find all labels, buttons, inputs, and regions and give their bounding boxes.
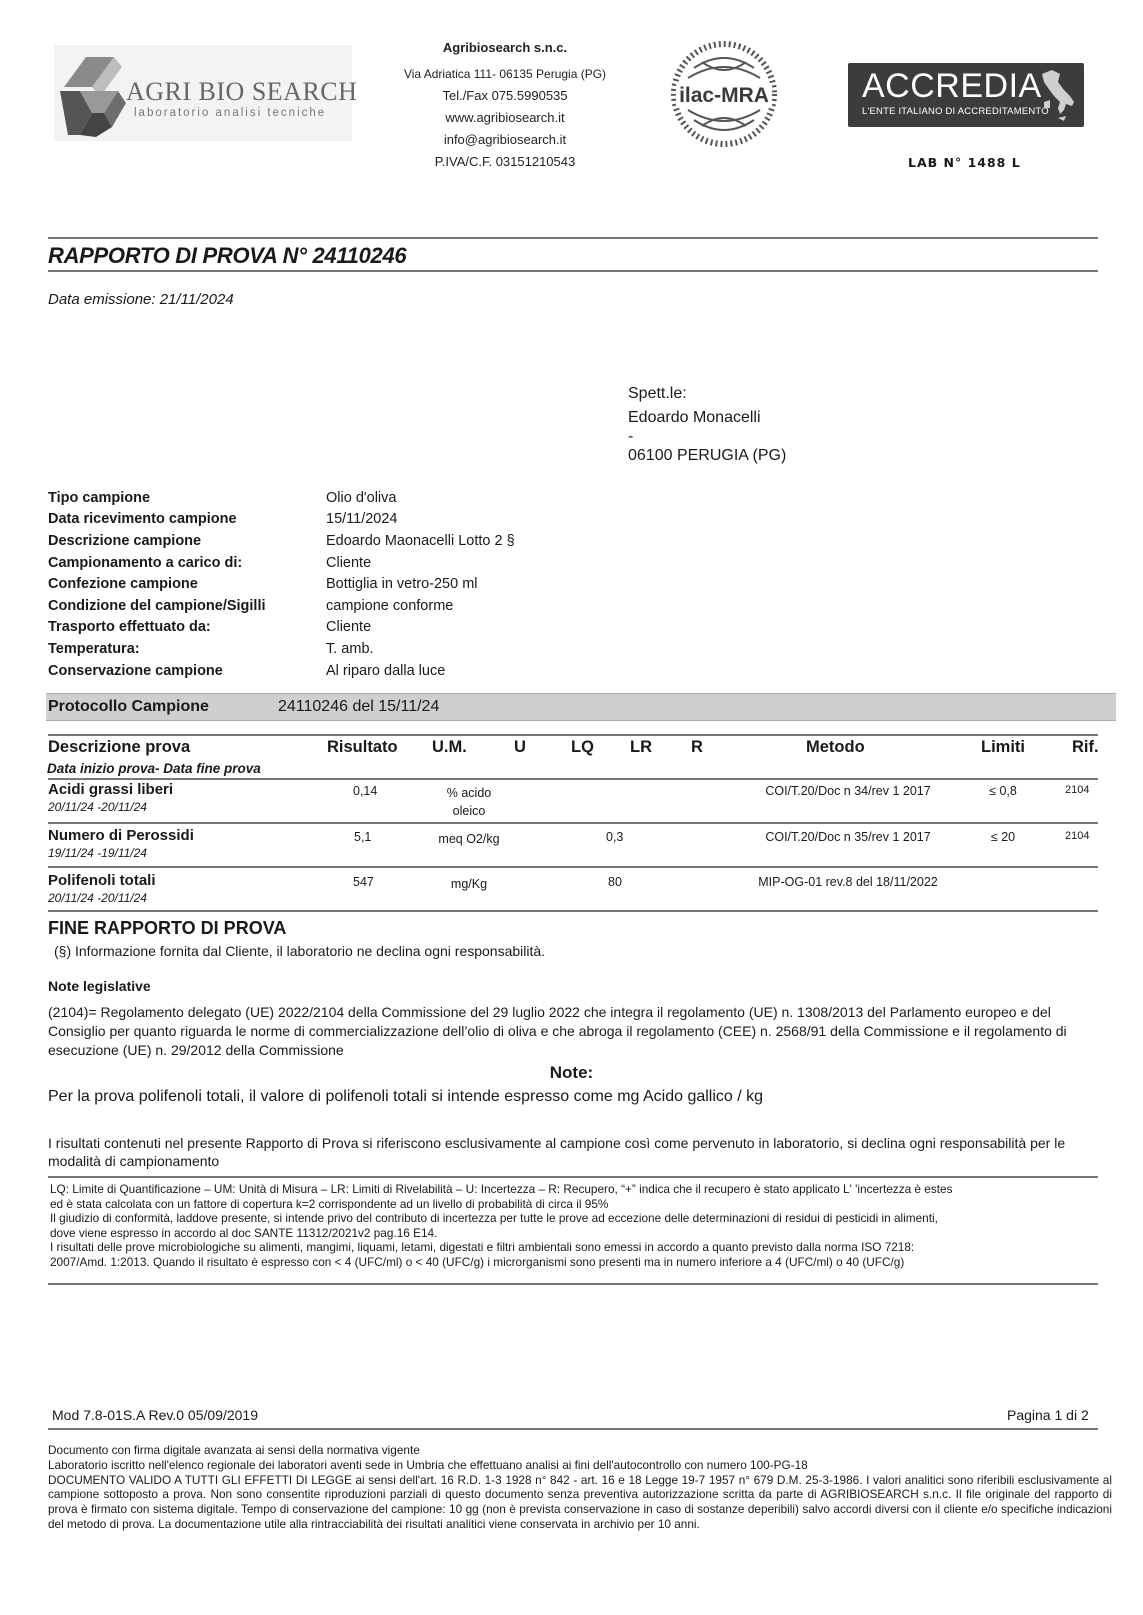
accredia-title: ACCREDIA: [862, 67, 1042, 106]
info-label: Data ricevimento campione: [48, 511, 326, 527]
logo-mark-icon: [56, 51, 136, 139]
info-value: Cliente: [326, 555, 371, 571]
info-value: Cliente: [326, 619, 371, 635]
disclaimer: I risultati contenuti nel presente Rappo…: [48, 1134, 1088, 1170]
lab-number: LAB N° 1488 L: [908, 155, 1021, 170]
test-name: Polifenoli totali: [48, 872, 156, 889]
test-lq: 80: [608, 875, 622, 889]
test-result: 0,14: [353, 784, 377, 798]
col-result: Risultato: [327, 738, 398, 757]
test-um: meq O2/kg: [428, 830, 510, 848]
divider: [48, 822, 1098, 824]
company-info: Agribiosearch s.n.c. Via Adriatica 111- …: [380, 40, 630, 176]
sample-info: Tipo campioneOlio d'oliva Data ricevimen…: [48, 487, 515, 681]
info-value: Olio d'oliva: [326, 490, 396, 506]
info-row: Temperatura:T. amb.: [48, 638, 515, 660]
info-label: Conservazione campione: [48, 663, 326, 679]
test-um: mg/Kg: [428, 875, 510, 893]
italy-map-icon: [1038, 68, 1078, 122]
test-method: COI/T.20/Doc n 35/rev 1 2017: [728, 830, 968, 844]
protocol-bar: Protocollo Campione 24110246 del 15/11/2…: [46, 693, 1116, 721]
logo-tagline: laboratorio analisi tecniche: [134, 107, 326, 119]
info-value: T. amb.: [326, 641, 374, 657]
test-ref: 2104: [1065, 830, 1089, 842]
ilac-seal-icon: ilac-MRA: [668, 38, 780, 150]
info-row: Trasporto effettuato da:Cliente: [48, 617, 515, 639]
legend-line: 2007/Amd. 1:2013. Quando il risultato è …: [50, 1255, 1110, 1270]
info-value: 15/11/2024: [326, 511, 398, 527]
col-method: Metodo: [806, 738, 865, 757]
test-um: % acido oleico: [428, 784, 510, 820]
notes-text: Per la prova polifenoli totali, il valor…: [48, 1088, 763, 1106]
company-phone: Tel./Fax 075.5990535: [380, 88, 630, 103]
company-address: Via Adriatica 111- 06135 Perugia (PG): [380, 67, 630, 81]
recipient-block: Spett.le: Edoardo Monacelli - 06100 PERU…: [628, 382, 786, 468]
footer-line2: Laboratorio iscritto nell'elenco regiona…: [48, 1458, 1112, 1473]
report-title: RAPPORTO DI PROVA N° 24110246: [48, 243, 406, 269]
col-limits: Limiti: [981, 738, 1025, 757]
company-email[interactable]: info@agribiosearch.it: [380, 132, 630, 147]
divider: [48, 866, 1098, 868]
info-row: Tipo campioneOlio d'oliva: [48, 487, 515, 509]
legislative-title: Note legislative: [48, 978, 151, 994]
footer-paragraph: DOCUMENTO VALIDO A TUTTI GLI EFFETTI DI …: [48, 1473, 1112, 1532]
divider: [48, 237, 1098, 239]
legal-footer: Documento con firma digitale avanzata ai…: [48, 1443, 1112, 1532]
col-lq: LQ: [571, 738, 594, 757]
divider: [48, 270, 1098, 272]
info-row: Confezione campioneBottiglia in vetro-25…: [48, 573, 515, 595]
end-title: FINE RAPPORTO DI PROVA: [48, 918, 286, 939]
info-label: Trasporto effettuato da:: [48, 619, 326, 635]
logo-name: AGRI BIO SEARCH: [126, 77, 357, 107]
divider: [48, 1428, 1098, 1430]
divider: [48, 778, 1098, 780]
table-row: Polifenoli totali 20/11/24 -20/11/24 547…: [48, 872, 1118, 914]
info-value: campione conforme: [326, 598, 453, 614]
info-label: Confezione campione: [48, 576, 326, 592]
legend-line: Il giudizio di conformità, laddove prese…: [50, 1211, 1110, 1226]
col-um: U.M.: [432, 738, 467, 757]
test-dates: 20/11/24 -20/11/24: [48, 891, 147, 905]
table-row: Numero di Perossidi 19/11/24 -19/11/24 5…: [48, 827, 1118, 869]
info-value: Edoardo Maonacelli Lotto 2 §: [326, 533, 515, 549]
protocol-value: 24110246 del 15/11/24: [278, 698, 439, 716]
legend-line: LQ: Limite di Quantificazione – UM: Unit…: [50, 1182, 1110, 1197]
test-lq: 0,3: [606, 830, 623, 844]
recipient-salutation: Spett.le:: [628, 382, 786, 406]
company-name: Agribiosearch s.n.c.: [380, 40, 630, 55]
info-row: Descrizione campioneEdoardo Maonacelli L…: [48, 530, 515, 552]
divider: [48, 1283, 1098, 1285]
info-label: Condizione del campione/Sigilli: [48, 598, 326, 614]
legend-block: LQ: Limite di Quantificazione – UM: Unit…: [50, 1182, 1110, 1270]
recipient-name: Edoardo Monacelli: [628, 406, 786, 430]
test-method: MIP-OG-01 rev.8 del 18/11/2022: [728, 875, 968, 889]
info-row: Campionamento a carico di:Cliente: [48, 552, 515, 574]
info-label: Campionamento a carico di:: [48, 555, 326, 571]
test-dates: 19/11/24 -19/11/24: [48, 846, 147, 860]
test-name: Acidi grassi liberi: [48, 781, 173, 798]
divider: [48, 910, 1098, 912]
col-r: R: [691, 738, 703, 757]
legislative-text: (2104)= Regolamento delegato (UE) 2022/2…: [48, 1003, 1098, 1060]
info-value: Bottiglia in vetro-250 ml: [326, 576, 478, 592]
test-limits: ≤ 0,8: [973, 784, 1033, 798]
col-description: Descrizione prova: [48, 738, 190, 757]
legend-line: ed è stata calcolata con un fattore di c…: [50, 1197, 1110, 1212]
recipient-city: 06100 PERUGIA (PG): [628, 444, 786, 468]
recipient-line2: -: [628, 430, 786, 444]
client-note: (§) Informazione fornita dal Cliente, il…: [54, 943, 545, 959]
test-ref: 2104: [1065, 784, 1089, 796]
legend-line: I risultati delle prove microbiologiche …: [50, 1240, 1110, 1255]
agribiosearch-logo: AGRI BIO SEARCH laboratorio analisi tecn…: [54, 45, 352, 141]
svg-text:ilac-MRA: ilac-MRA: [679, 84, 769, 107]
test-result: 547: [353, 875, 374, 889]
results-subheader: Data inizio prova- Data fine prova: [47, 761, 261, 776]
accredia-subtitle: L'ENTE ITALIANO DI ACCREDITAMENTO: [862, 106, 1049, 117]
company-website[interactable]: www.agribiosearch.it: [380, 110, 630, 125]
emission-date: Data emissione: 21/11/2024: [48, 291, 234, 308]
col-lr: LR: [630, 738, 652, 757]
table-row: Acidi grassi liberi 20/11/24 -20/11/24 0…: [48, 781, 1118, 823]
col-u: U: [514, 738, 526, 757]
accredia-logo: ACCREDIA L'ENTE ITALIANO DI ACCREDITAMEN…: [848, 63, 1084, 127]
page-number: Pagina 1 di 2: [1007, 1407, 1089, 1423]
footer-line1: Documento con firma digitale avanzata ai…: [48, 1443, 1112, 1458]
divider: [48, 734, 1098, 736]
info-row: Conservazione campioneAl riparo dalla lu…: [48, 660, 515, 682]
test-result: 5,1: [354, 830, 371, 844]
info-label: Descrizione campione: [48, 533, 326, 549]
legend-line: dove viene espresso in accordo al doc SA…: [50, 1226, 1110, 1241]
info-label: Tipo campione: [48, 490, 326, 506]
test-name: Numero di Perossidi: [48, 827, 194, 844]
company-vat: P.IVA/C.F. 03151210543: [380, 154, 630, 169]
col-ref: Rif.: [1072, 738, 1099, 757]
info-value: Al riparo dalla luce: [326, 663, 445, 679]
notes-title: Note:: [0, 1063, 1143, 1083]
test-dates: 20/11/24 -20/11/24: [48, 800, 147, 814]
info-row: Data ricevimento campione15/11/2024: [48, 509, 515, 531]
results-header: Descrizione prova Risultato U.M. U LQ LR…: [48, 738, 1118, 762]
test-method: COI/T.20/Doc n 34/rev 1 2017: [728, 784, 968, 798]
ilac-mra-logo: ilac-MRA: [668, 38, 780, 150]
test-limits: ≤ 20: [973, 830, 1033, 844]
form-code: Mod 7.8-01S.A Rev.0 05/09/2019: [52, 1407, 258, 1423]
info-row: Condizione del campione/Sigillicampione …: [48, 595, 515, 617]
protocol-label: Protocollo Campione: [46, 698, 278, 716]
divider: [48, 1176, 1098, 1178]
info-label: Temperatura:: [48, 641, 326, 657]
